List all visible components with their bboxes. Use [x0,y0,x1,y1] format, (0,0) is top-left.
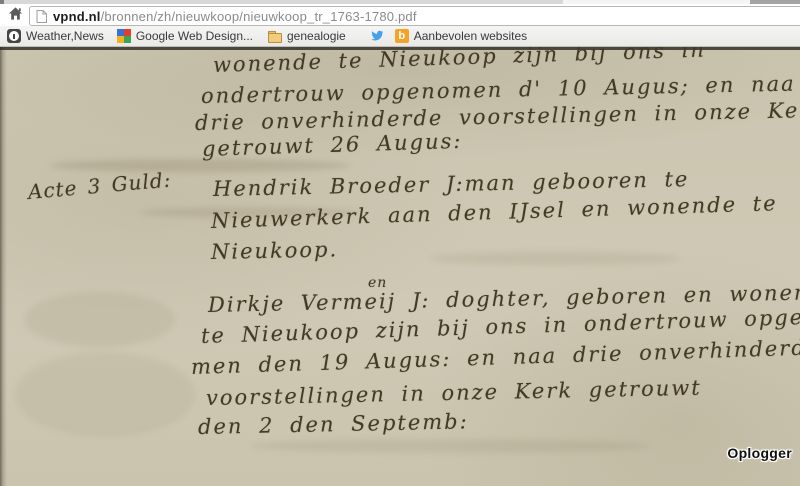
page-icon [36,10,47,23]
bookmark-label: genealogie [287,29,346,43]
home-icon [8,6,23,26]
bookmark-label: Aanbevolen websites [414,29,527,43]
clock-favicon [7,29,21,43]
bookmark-twitter[interactable] [370,26,384,46]
oplogger-watermark: Oplogger [727,445,792,461]
browser-toolbar: vpnd.nl/bronnen/zh/nieuwkoop/nieuwkoop_t… [0,4,800,26]
bookmarks-bar: Weather,News Google Web Design... geneal… [0,26,800,47]
google-favicon [117,29,131,43]
address-bar[interactable]: vpnd.nl/bronnen/zh/nieuwkoop/nieuwkoop_t… [29,6,800,26]
manuscript-line: voorstellingen in onze Kerk getrouwt [206,376,702,410]
url-path: /bronnen/zh/nieuwkoop/nieuwkoop_tr_1763-… [101,9,417,24]
bookmark-label: Google Web Design... [136,29,253,43]
bookmark-weather-news[interactable]: Weather,News [7,26,104,46]
bleedthrough-mark [250,439,650,453]
manuscript-line: den 2 den Septemb: [198,409,469,439]
bing-favicon: b [395,29,409,43]
home-button[interactable] [6,7,24,25]
bookmark-label: Weather,News [26,29,104,43]
twitter-favicon [370,29,384,43]
url-text: vpnd.nl/bronnen/zh/nieuwkoop/nieuwkoop_t… [53,9,417,24]
bleedthrough-mark [25,292,175,347]
folder-icon [268,29,282,43]
manuscript-margin-note: Acte 3 Guld: [27,168,172,204]
bleedthrough-mark [430,252,680,265]
bookmark-genealogie-folder[interactable]: genealogie [268,26,346,46]
manuscript-line: Nieukoop. [211,237,339,264]
manuscript-line: wonende te Nieukoop zijn bij ons in [213,47,707,77]
bing-favicon-letter: b [398,31,405,42]
url-domain: vpnd.nl [53,9,101,24]
bookmark-aanbevolen-websites[interactable]: b Aanbevolen websites [395,26,527,46]
bookmark-google-web-designer[interactable]: Google Web Design... [117,26,253,46]
bleedthrough-mark [15,352,195,437]
browser-window: vpnd.nl/bronnen/zh/nieuwkoop/nieuwkoop_t… [0,0,800,486]
bleedthrough-mark [50,159,350,172]
document-scan: wonende te Nieukoop zijn bij ons in onde… [0,47,800,486]
scan-left-edge [0,47,7,486]
